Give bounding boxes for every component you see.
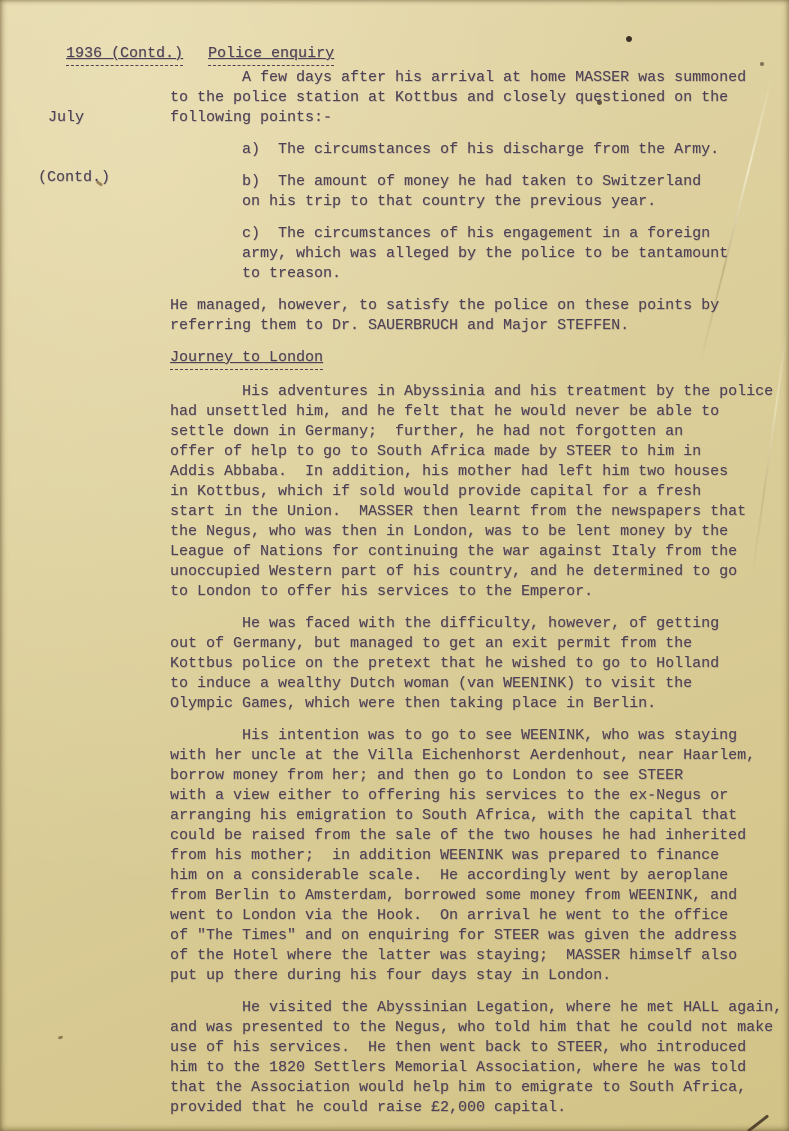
text-line: put up there during his four days stay i… [170,966,785,986]
text-line: borrow money from her; and then go to Lo… [170,766,785,786]
text-line: His intention was to go to see WEENINK, … [170,726,785,746]
paragraph-satisfied-police: He managed, however, to satisfy the poli… [170,296,785,336]
text-line: His adventures in Abyssinia and his trea… [170,382,785,402]
text-line: start in the Union. MASSER then learnt f… [170,502,785,522]
text-line: He was faced with the difficulty, howeve… [170,614,785,634]
paragraph-police-summons: A few days after his arrival at home MAS… [170,68,785,128]
text-line: had unsettled him, and he felt that he w… [170,402,785,422]
text-line: of the Hotel where the latter was stayin… [170,946,785,966]
text-line: of "The Times" and on enquiring for STEE… [170,926,785,946]
list-item-point-a: a) The circumstances of his discharge fr… [170,140,785,160]
text-line: from his mother; in addition WEENINK was… [170,846,785,866]
text-line: A few days after his arrival at home MAS… [170,68,785,88]
text-line: following points:- [170,108,785,128]
text-line: referring them to Dr. SAUERBRUCH and Maj… [170,316,785,336]
text-line: the Negus, who was then in London, was t… [170,522,785,542]
margin-note-month: July [38,108,110,128]
text-line: to treason. [170,264,785,284]
text-line: b) The amount of money he had taken to S… [170,172,785,192]
document-page: 1936 (Contd.)Police enquiry July (Contd.… [0,0,789,1131]
text-line: with a view either to offering his servi… [170,786,785,806]
text-line: He visited the Abyssinian Legation, wher… [170,998,785,1018]
margin-note-date: July (Contd.) [38,68,110,228]
text-line: Addis Abbaba. In addition, his mother ha… [170,462,785,482]
text-line: that the Association would help him to e… [170,1078,785,1098]
paper-speck [626,36,632,42]
paragraph-intention-weenink-steer: His intention was to go to see WEENINK, … [170,726,785,986]
list-item-point-b: b) The amount of money he had taken to S… [170,172,785,212]
margin-note-contd: (Contd.) [38,168,110,188]
paragraph-exit-permit: He was faced with the difficulty, howeve… [170,614,785,714]
text-line: use of his services. He then went back t… [170,1038,785,1058]
text-line: arranging his emigration to South Africa… [170,806,785,826]
text-line: him on a considerable scale. He accordin… [170,866,785,886]
text-line: from Berlin to Amsterdam, borrowed some … [170,886,785,906]
text-line: a) The circumstances of his discharge fr… [170,140,785,160]
text-line: to the police station at Kottbus and clo… [170,88,785,108]
text-line: provided that he could raise £2,000 capi… [170,1098,785,1118]
paragraph-abyssinia-unsettled: His adventures in Abyssinia and his trea… [170,382,785,602]
paper-speck [58,1035,64,1040]
text-line: out of Germany, but managed to get an ex… [170,634,785,654]
text-line: on his trip to that country the previous… [170,192,785,212]
text-line: Kottbus police on the pretext that he wi… [170,654,785,674]
journey-heading-text: Journey to London [170,348,323,370]
text-line: could be raised from the sale of the two… [170,826,785,846]
text-line: Olympic Games, which were then taking pl… [170,694,785,714]
text-line: to London to offer his services to the E… [170,582,785,602]
list-item-point-c: c) The circumstances of his engagement i… [170,224,785,284]
paragraph-abyssinian-legation: He visited the Abyssinian Legation, wher… [170,998,785,1118]
text-line: League of Nations for continuing the war… [170,542,785,562]
document-body: A few days after his arrival at home MAS… [170,68,785,1130]
section-title-journey-to-london: Journey to London [170,348,785,370]
text-line: settle down in Germany; further, he had … [170,422,785,442]
text-line: to induce a wealthy Dutch woman (van WEE… [170,674,785,694]
text-line: him to the 1820 Settlers Memorial Associ… [170,1058,785,1078]
text-line: army, which was alleged by the police to… [170,244,785,264]
text-line: unoccupied Western part of his country, … [170,562,785,582]
text-line: with her uncle at the Villa Eichenhorst … [170,746,785,766]
text-line: and was presented to the Negus, who told… [170,1018,785,1038]
section-title-police-enquiry: Police enquiry [208,44,334,66]
text-line: c) The circumstances of his engagement i… [170,224,785,244]
text-line: went to London via the Hook. On arrival … [170,906,785,926]
paper-speck [760,62,764,66]
text-line: in Kottbus, which if sold would provide … [170,482,785,502]
text-line: offer of help to go to South Africa made… [170,442,785,462]
text-line: He managed, however, to satisfy the poli… [170,296,785,316]
year-heading: 1936 (Contd.) [66,44,183,66]
